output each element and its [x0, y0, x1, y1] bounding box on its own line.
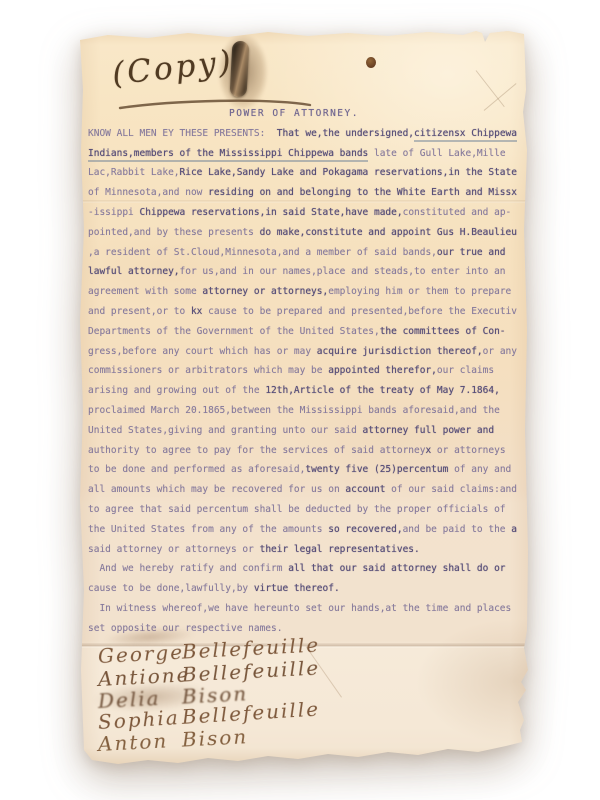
signature-first-name: Anton	[97, 728, 182, 756]
paper-wrap: (Copy) POWER OF ATTORNEY. KNOW ALL MEN E…	[78, 30, 528, 770]
document-paper: (Copy) POWER OF ATTORNEY. KNOW ALL MEN E…	[78, 30, 528, 770]
signatures: GeorgeBellefeuilleAntioneBellefeuilleDel…	[78, 30, 528, 770]
signature-last-name: Bison	[181, 724, 248, 751]
photo-background: (Copy) POWER OF ATTORNEY. KNOW ALL MEN E…	[0, 0, 600, 800]
